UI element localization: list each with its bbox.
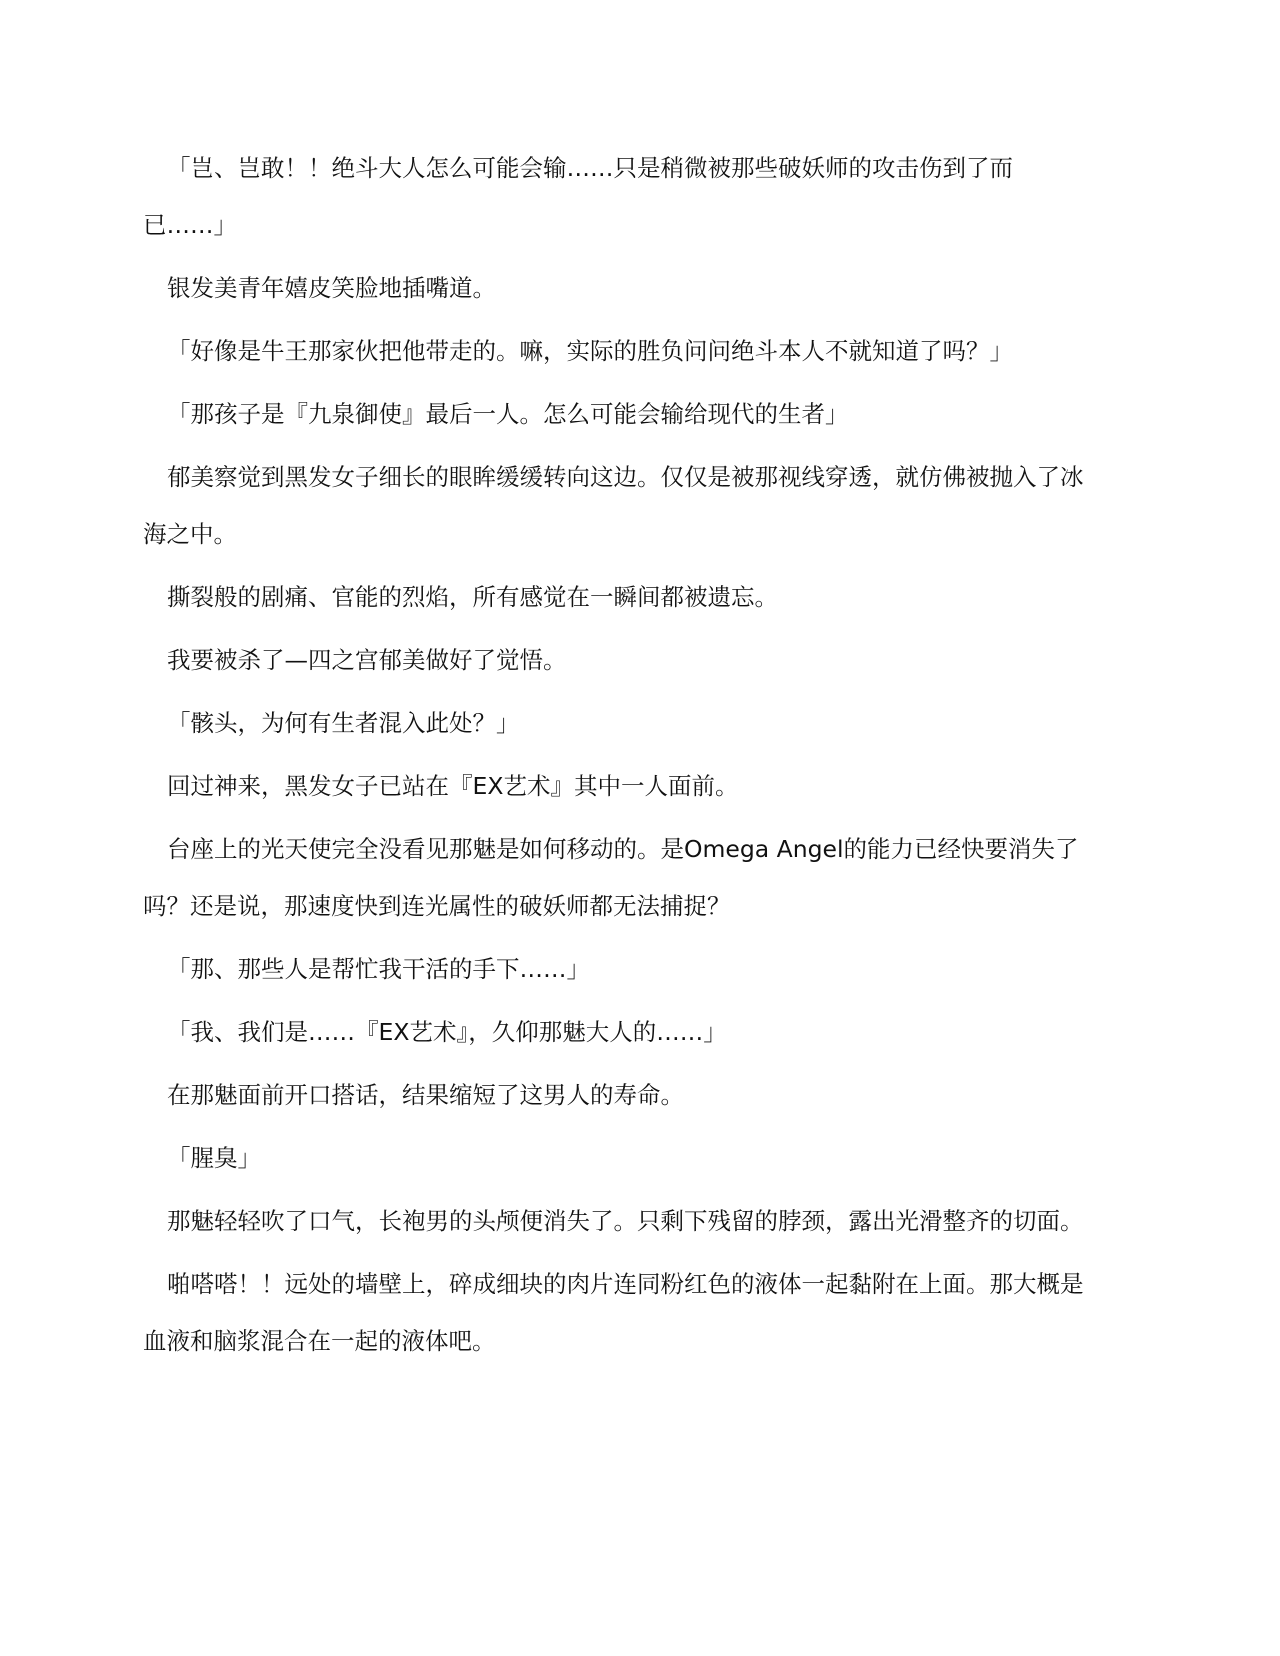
paragraph-narration: 回过神来，黑发女子已站在『EX艺术』其中一人面前。 — [143, 758, 1088, 815]
paragraph-narration: 啪嗒嗒！！远处的墙壁上，碎成细块的肉片连同粉红色的液体一起黏附在上面。那大概是血… — [143, 1256, 1088, 1370]
paragraph-dialog: 「腥臭」 — [143, 1130, 1088, 1187]
paragraph-narration: 郁美察觉到黑发女子细长的眼眸缓缓转向这边。仅仅是被那视线穿透，就仿佛被抛入了冰海… — [143, 449, 1088, 563]
paragraph-narration: 那魅轻轻吹了口气，长袍男的头颅便消失了。只剩下残留的脖颈，露出光滑整齐的切面。 — [143, 1193, 1088, 1250]
paragraph-narration: 我要被杀了—四之宫郁美做好了觉悟。 — [143, 632, 1088, 689]
paragraph-dialog: 「那孩子是『九泉御使』最后一人。怎么可能会输给现代的生者」 — [143, 386, 1088, 443]
paragraph-narration: 在那魅面前开口搭话，结果缩短了这男人的寿命。 — [143, 1067, 1088, 1124]
paragraph-dialog: 「骸头，为何有生者混入此处？」 — [143, 695, 1088, 752]
paragraph-narration: 银发美青年嬉皮笑脸地插嘴道。 — [143, 260, 1088, 317]
paragraph-dialog: 「我、我们是……『EX艺术』，久仰那魅大人的……」 — [143, 1004, 1088, 1061]
paragraph-narration: 撕裂般的剧痛、官能的烈焰，所有感觉在一瞬间都被遗忘。 — [143, 569, 1088, 626]
paragraph-dialog: 「那、那些人是帮忙我干活的手下……」 — [143, 941, 1088, 998]
paragraph-narration: 台座上的光天使完全没看见那魅是如何移动的。是Omega Angel的能力已经快要… — [143, 821, 1088, 935]
paragraph-dialog: 「好像是牛王那家伙把他带走的。嘛，实际的胜负问问绝斗本人不就知道了吗？」 — [143, 323, 1088, 380]
document-page: 「岂、岂敢！！绝斗大人怎么可能会输……只是稍微被那些破妖师的攻击伤到了而已……」… — [143, 140, 1088, 1376]
paragraph-dialog: 「岂、岂敢！！绝斗大人怎么可能会输……只是稍微被那些破妖师的攻击伤到了而已……」 — [143, 140, 1088, 254]
